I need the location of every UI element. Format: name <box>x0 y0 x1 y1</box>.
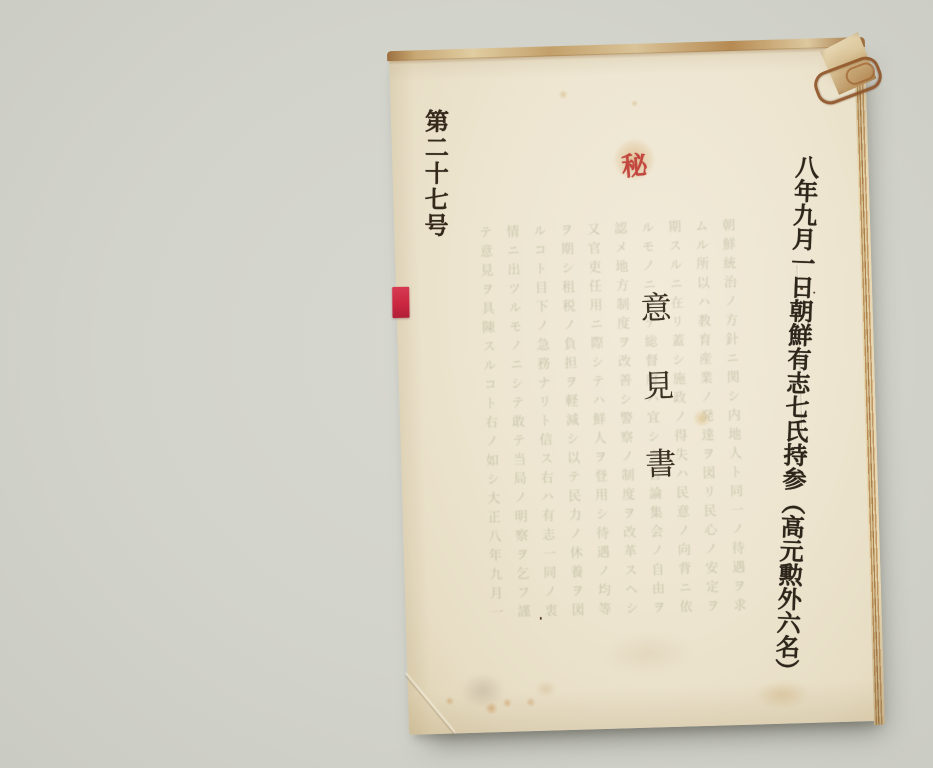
handwritten-annotation: 八年九月一日朝鮮有志七氏持参（高元勲外六名） <box>771 154 818 683</box>
document-title: 意見書 <box>630 291 682 526</box>
foxing-stain <box>484 702 498 714</box>
worn-bottom-edge <box>417 719 883 739</box>
confidential-stamp: 秘 <box>620 145 649 184</box>
foxing-stain <box>753 679 812 711</box>
foxing-stain <box>535 680 557 697</box>
foxing-stain <box>525 697 536 707</box>
showthrough-text: 朝鮮統治ノ方針ニ関シ内地人ト同一ノ待遇ヲ求 ムル所以ハ教育産業ノ発達ヲ図リ民心ノ… <box>470 218 753 678</box>
foxing-stain <box>558 90 568 99</box>
photo-background: 朝鮮統治ノ方針ニ関シ内地人ト同一ノ待遇ヲ求 ムル所以ハ教育産業ノ発達ヲ図リ民心ノ… <box>0 0 933 768</box>
ink-speck <box>540 617 542 620</box>
foxing-stain <box>630 100 638 107</box>
case-number-label: 第二十七号 <box>417 109 453 239</box>
page-stack-fan <box>867 653 888 727</box>
page-stack-edge <box>854 46 885 725</box>
document-booklet: 朝鮮統治ノ方針ニ関シ内地人ト同一ノ待遇ヲ求 ムル所以ハ教育産業ノ発達ヲ図リ民心ノ… <box>389 41 879 735</box>
foxing-stain <box>502 698 512 708</box>
red-tab <box>392 287 409 318</box>
foxing-stain <box>459 672 506 709</box>
